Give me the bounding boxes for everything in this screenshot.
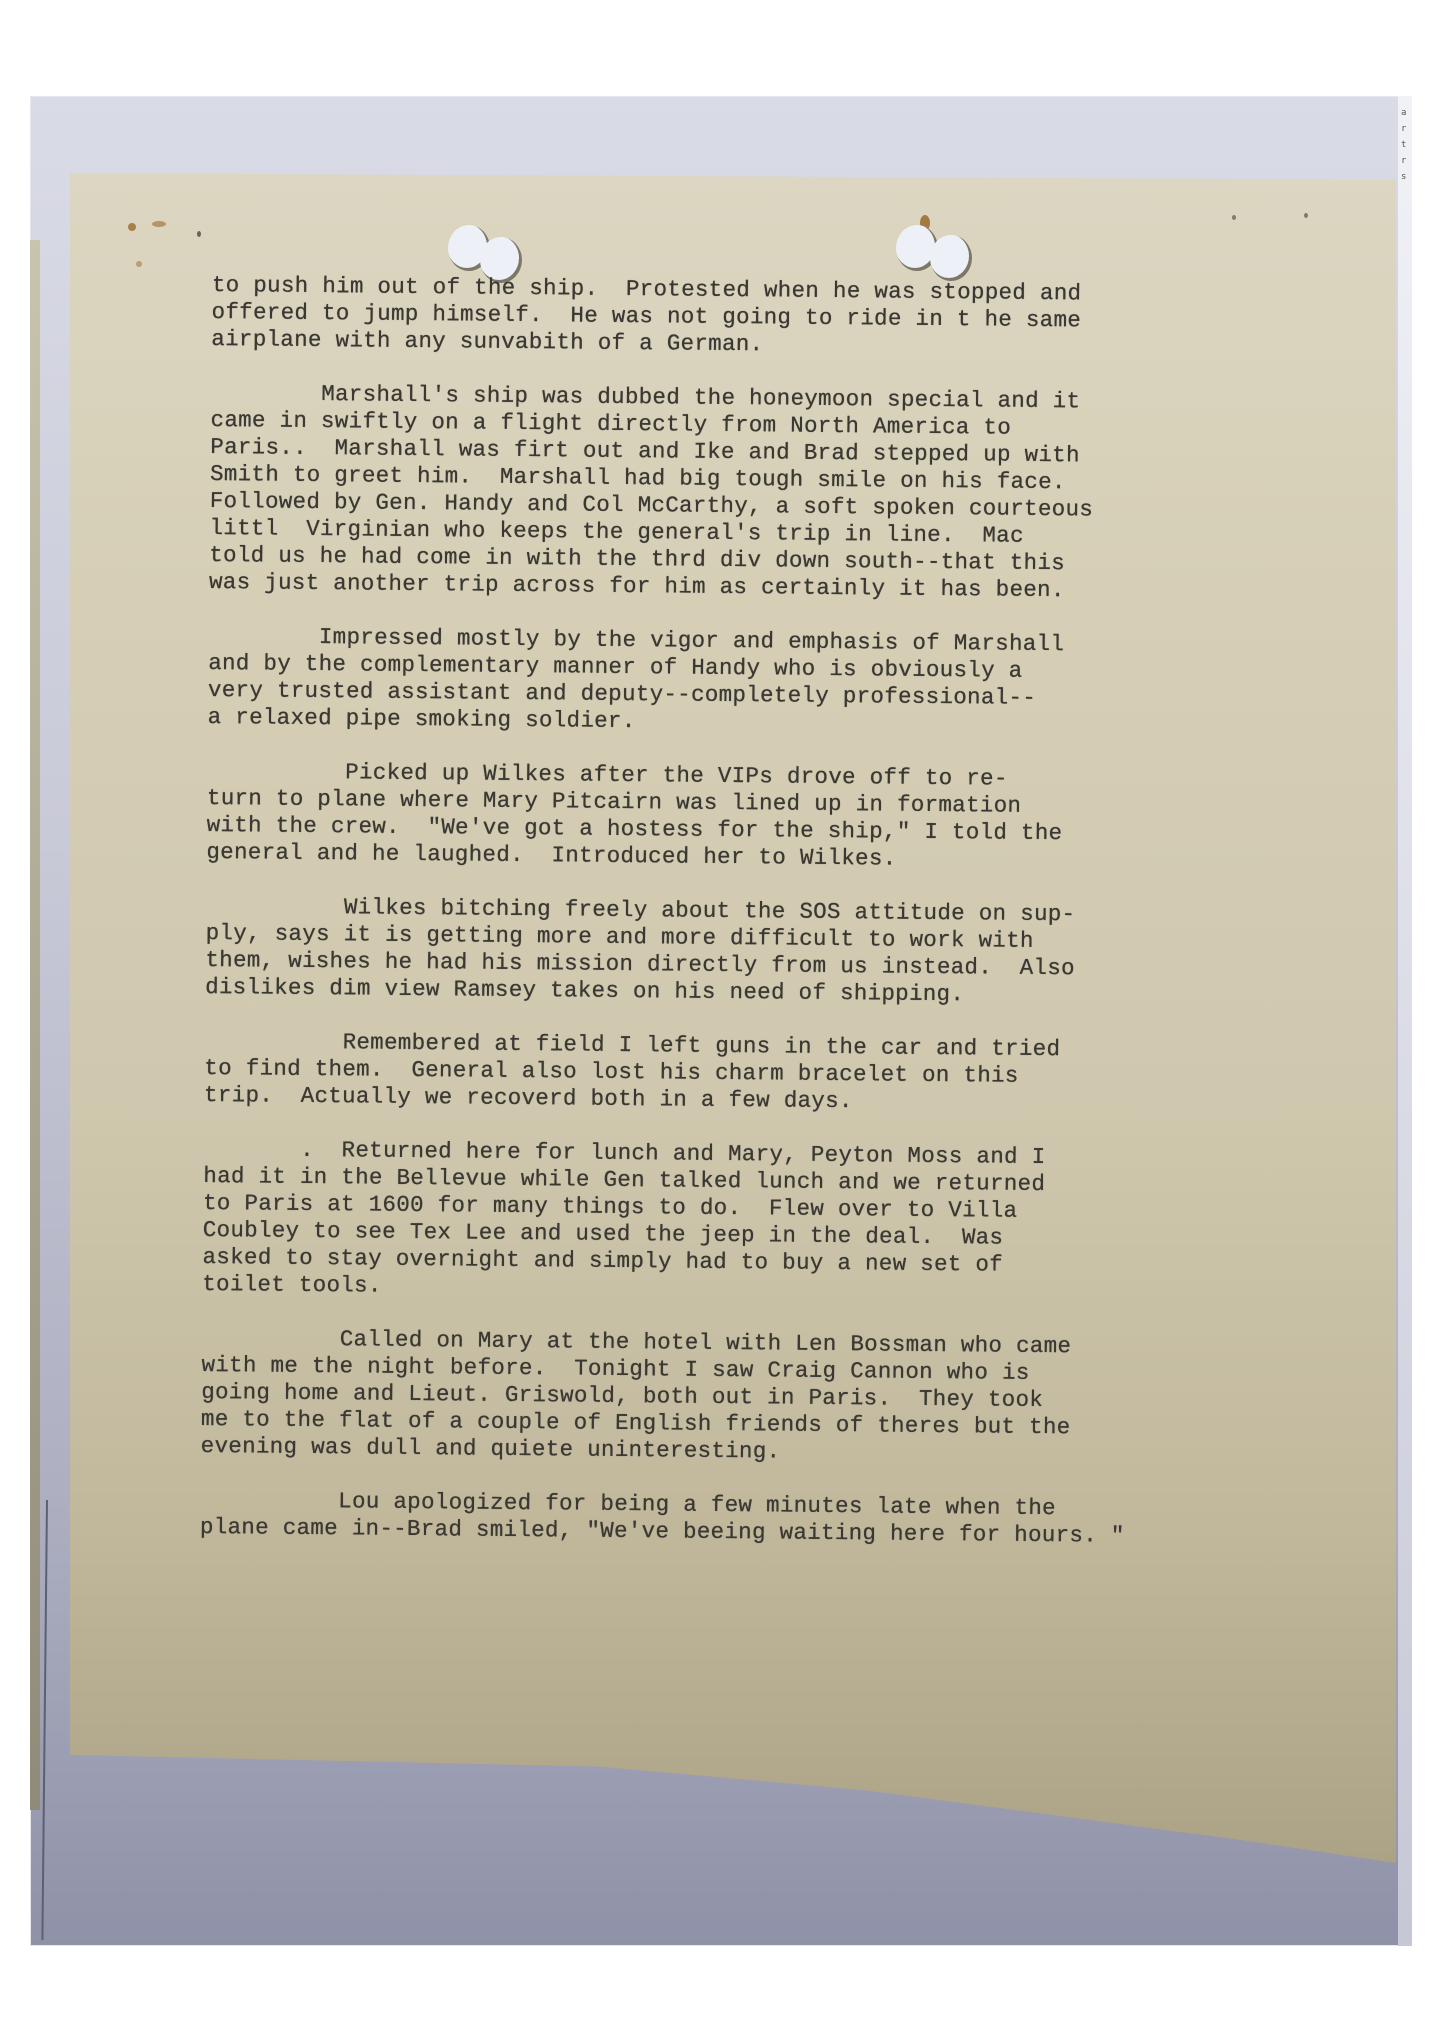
paragraph: . Returned here for lunch and Mary, Peyt… [202, 1136, 1264, 1308]
adjacent-page-letter: r [1401, 156, 1406, 166]
rust-stain [128, 223, 136, 231]
ink-speck [1304, 213, 1308, 218]
document-body: to push him out of the ship. Protested w… [200, 272, 1272, 1578]
punch-hole [930, 235, 972, 281]
adjacent-page-letter: a [1401, 108, 1406, 118]
adjacent-page-letter: s [1401, 172, 1406, 182]
rust-stain [152, 221, 166, 227]
adjacent-page-strip: a r t r s [1398, 96, 1412, 1946]
paragraph: Impressed mostly by the vigor and emphas… [208, 623, 1269, 741]
underlying-sheet-edge [30, 240, 40, 1810]
adjacent-page-letter: t [1401, 140, 1406, 150]
ink-speck [1232, 215, 1236, 220]
paragraph: to push him out of the ship. Protested w… [211, 272, 1272, 363]
adjacent-page-letter: r [1401, 124, 1406, 134]
paragraph: Picked up Wilkes after the VIPs drove of… [206, 758, 1267, 876]
paragraph: Marshall's ship was dubbed the honeymoon… [209, 380, 1271, 606]
paragraph: Lou apologized for being a few minutes l… [200, 1487, 1260, 1551]
paragraph: Remembered at field I left guns in the c… [204, 1028, 1265, 1119]
ink-speck [197, 231, 201, 237]
paragraph: Called on Mary at the hotel with Len Bos… [201, 1325, 1262, 1470]
paragraph: Wilkes bitching freely about the SOS att… [205, 893, 1266, 1011]
rust-stain [136, 261, 142, 267]
